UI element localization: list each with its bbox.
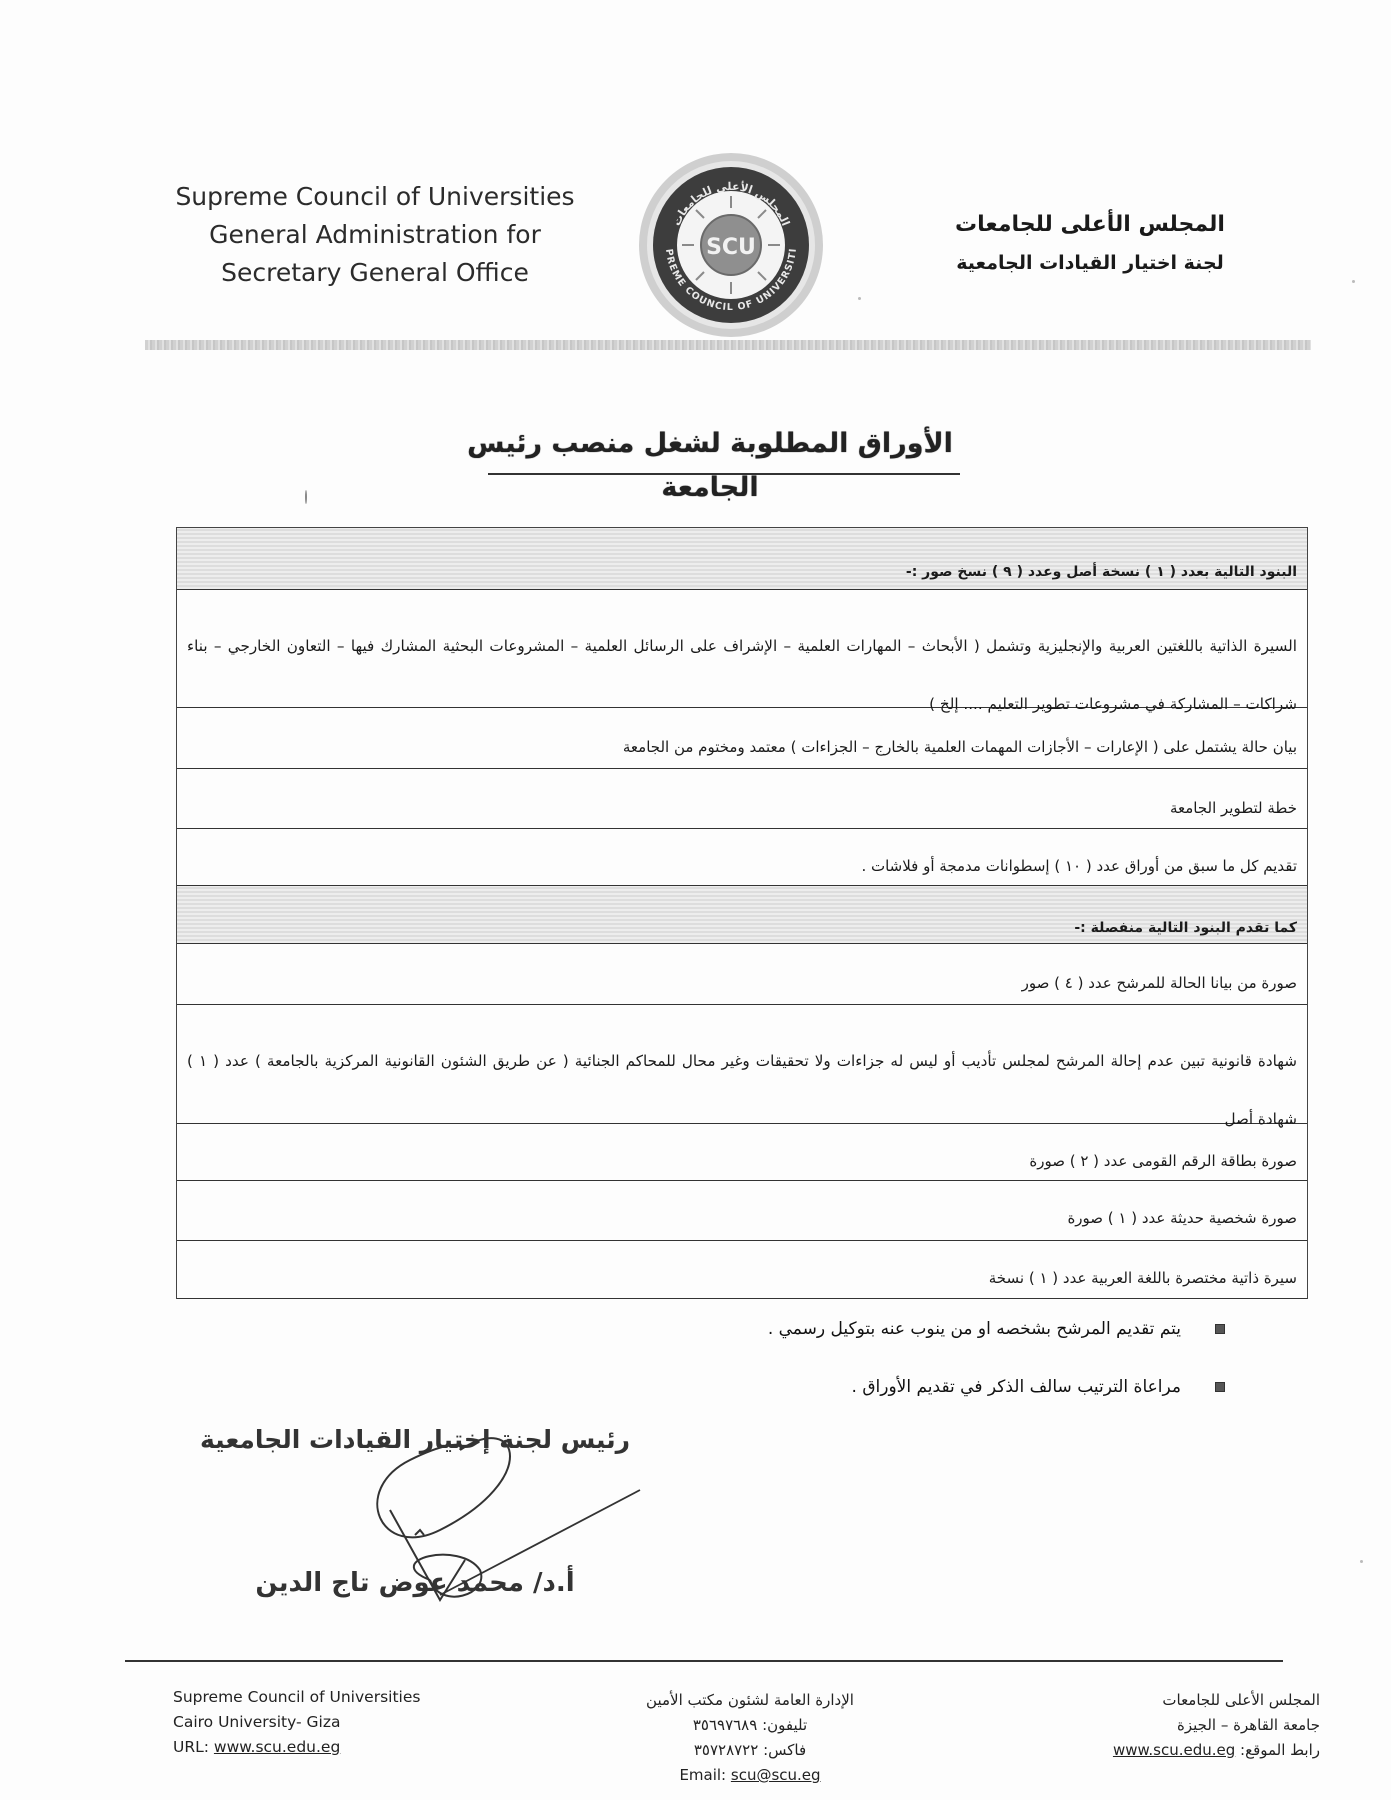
header-divider: [145, 340, 1311, 350]
section-heading: البنود التالية بعدد ( ١ ) نسخة أصل وعدد …: [896, 564, 1307, 580]
square-bullet-icon: [1215, 1324, 1225, 1334]
table-row: صورة شخصية حديثة عدد ( ١ ) صورة: [177, 1181, 1307, 1241]
square-bullet-icon: [1215, 1382, 1225, 1392]
scu-seal-icon: SCU SUPREME COUNCIL OF UNIVERSITIES المج…: [636, 150, 826, 340]
footer-email-link[interactable]: scu@scu.eg: [731, 1766, 821, 1784]
table-row: بيان حالة يشتمل على ( الإعارات – الأجازا…: [177, 708, 1307, 769]
table-row: صورة بطاقة الرقم القومى عدد ( ٢ ) صورة: [177, 1124, 1307, 1181]
table-row: خطة لتطوير الجامعة: [177, 769, 1307, 829]
footer-url-link[interactable]: www.scu.edu.eg: [214, 1738, 340, 1756]
note-item: مراعاة الترتيب سالف الذكر في تقديم الأور…: [560, 1358, 1225, 1416]
footer-office-name: الإدارة العامة لشئون مكتب الأمين: [600, 1688, 900, 1713]
table-row: شهادة قانونية تبين عدم إحالة المرشح لمجل…: [177, 1005, 1307, 1124]
footer-contact: الإدارة العامة لشئون مكتب الأمين تليفون:…: [600, 1688, 900, 1788]
section-heading: كما تقدم البنود التالية منفصلة :-: [1064, 920, 1307, 936]
svg-text:SCU: SCU: [706, 235, 756, 260]
title-underline: [488, 473, 960, 475]
footer-address-ar: جامعة القاهرة – الجيزة: [1050, 1713, 1320, 1738]
scan-artifact: [305, 490, 307, 504]
requirement-item: صورة بطاقة الرقم القومى عدد ( ٢ ) صورة: [177, 1124, 1307, 1170]
footer-url-line: URL: www.scu.edu.eg: [173, 1735, 420, 1760]
header-english-line-3: Secretary General Office: [150, 254, 600, 292]
table-row: السيرة الذاتية باللغتين العربية والإنجلي…: [177, 590, 1307, 708]
page-title: الأوراق المطلوبة لشغل منصب رئيس الجامعة: [440, 422, 980, 510]
footer-url-link-ar[interactable]: www.scu.edu.eg: [1113, 1741, 1235, 1759]
footer-email: Email: scu@scu.eg: [600, 1763, 900, 1788]
section-header-row: كما تقدم البنود التالية منفصلة :-: [177, 886, 1307, 944]
note-item: يتم تقديم المرشح بشخصه او من ينوب عنه بت…: [560, 1300, 1225, 1358]
signatory-name: أ.د/ محمد عوض تاج الدين: [255, 1568, 575, 1598]
footer-url-line-ar: رابط الموقع: www.scu.edu.eg: [1050, 1738, 1320, 1763]
requirement-item: خطة لتطوير الجامعة: [177, 769, 1307, 817]
section-header-row: البنود التالية بعدد ( ١ ) نسخة أصل وعدد …: [177, 528, 1307, 590]
footer-org-name-ar: المجلس الأعلى للجامعات: [1050, 1688, 1320, 1713]
scan-artifact: [1360, 1560, 1363, 1563]
footer-address: Cairo University- Giza: [173, 1710, 420, 1735]
footer-divider: [125, 1660, 1283, 1662]
requirements-table: البنود التالية بعدد ( ١ ) نسخة أصل وعدد …: [176, 527, 1308, 1299]
header-arabic-line-1: المجلس الأعلى للجامعات: [905, 205, 1275, 245]
requirement-item: تقديم كل ما سبق من أوراق عدد ( ١٠ ) إسطو…: [177, 829, 1307, 875]
header-english-line-1: Supreme Council of Universities: [150, 178, 600, 216]
scu-logo: SCU SUPREME COUNCIL OF UNIVERSITIES المج…: [636, 150, 826, 340]
footer-phone: تليفون: ٣٥٦٩٧٦٨٩: [600, 1713, 900, 1738]
footer-arabic: المجلس الأعلى للجامعات جامعة القاهرة – ا…: [1050, 1688, 1320, 1763]
table-row: تقديم كل ما سبق من أوراق عدد ( ١٠ ) إسطو…: [177, 829, 1307, 886]
scan-artifact: [1352, 280, 1355, 283]
header-arabic: المجلس الأعلى للجامعات لجنة اختيار القيا…: [905, 205, 1275, 281]
table-row: صورة من بيانا الحالة للمرشح عدد ( ٤ ) صو…: [177, 944, 1307, 1005]
notes-list: يتم تقديم المرشح بشخصه او من ينوب عنه بت…: [560, 1300, 1225, 1416]
footer-fax: فاكس: ٣٥٧٢٨٧٢٢: [600, 1738, 900, 1763]
requirement-item: بيان حالة يشتمل على ( الإعارات – الأجازا…: [177, 708, 1307, 756]
header-arabic-line-2: لجنة اختيار القيادات الجامعية: [905, 245, 1275, 281]
requirement-item: صورة من بيانا الحالة للمرشح عدد ( ٤ ) صو…: [177, 944, 1307, 992]
footer-english: Supreme Council of Universities Cairo Un…: [173, 1685, 420, 1760]
requirement-item: صورة شخصية حديثة عدد ( ١ ) صورة: [177, 1181, 1307, 1227]
table-row: سيرة ذاتية مختصرة باللغة العربية عدد ( ١…: [177, 1241, 1307, 1299]
header-english-line-2: General Administration for: [150, 216, 600, 254]
header-english: Supreme Council of Universities General …: [150, 178, 600, 292]
requirement-item: سيرة ذاتية مختصرة باللغة العربية عدد ( ١…: [177, 1241, 1307, 1287]
scan-artifact: [858, 297, 861, 300]
footer-org-name: Supreme Council of Universities: [173, 1685, 420, 1710]
